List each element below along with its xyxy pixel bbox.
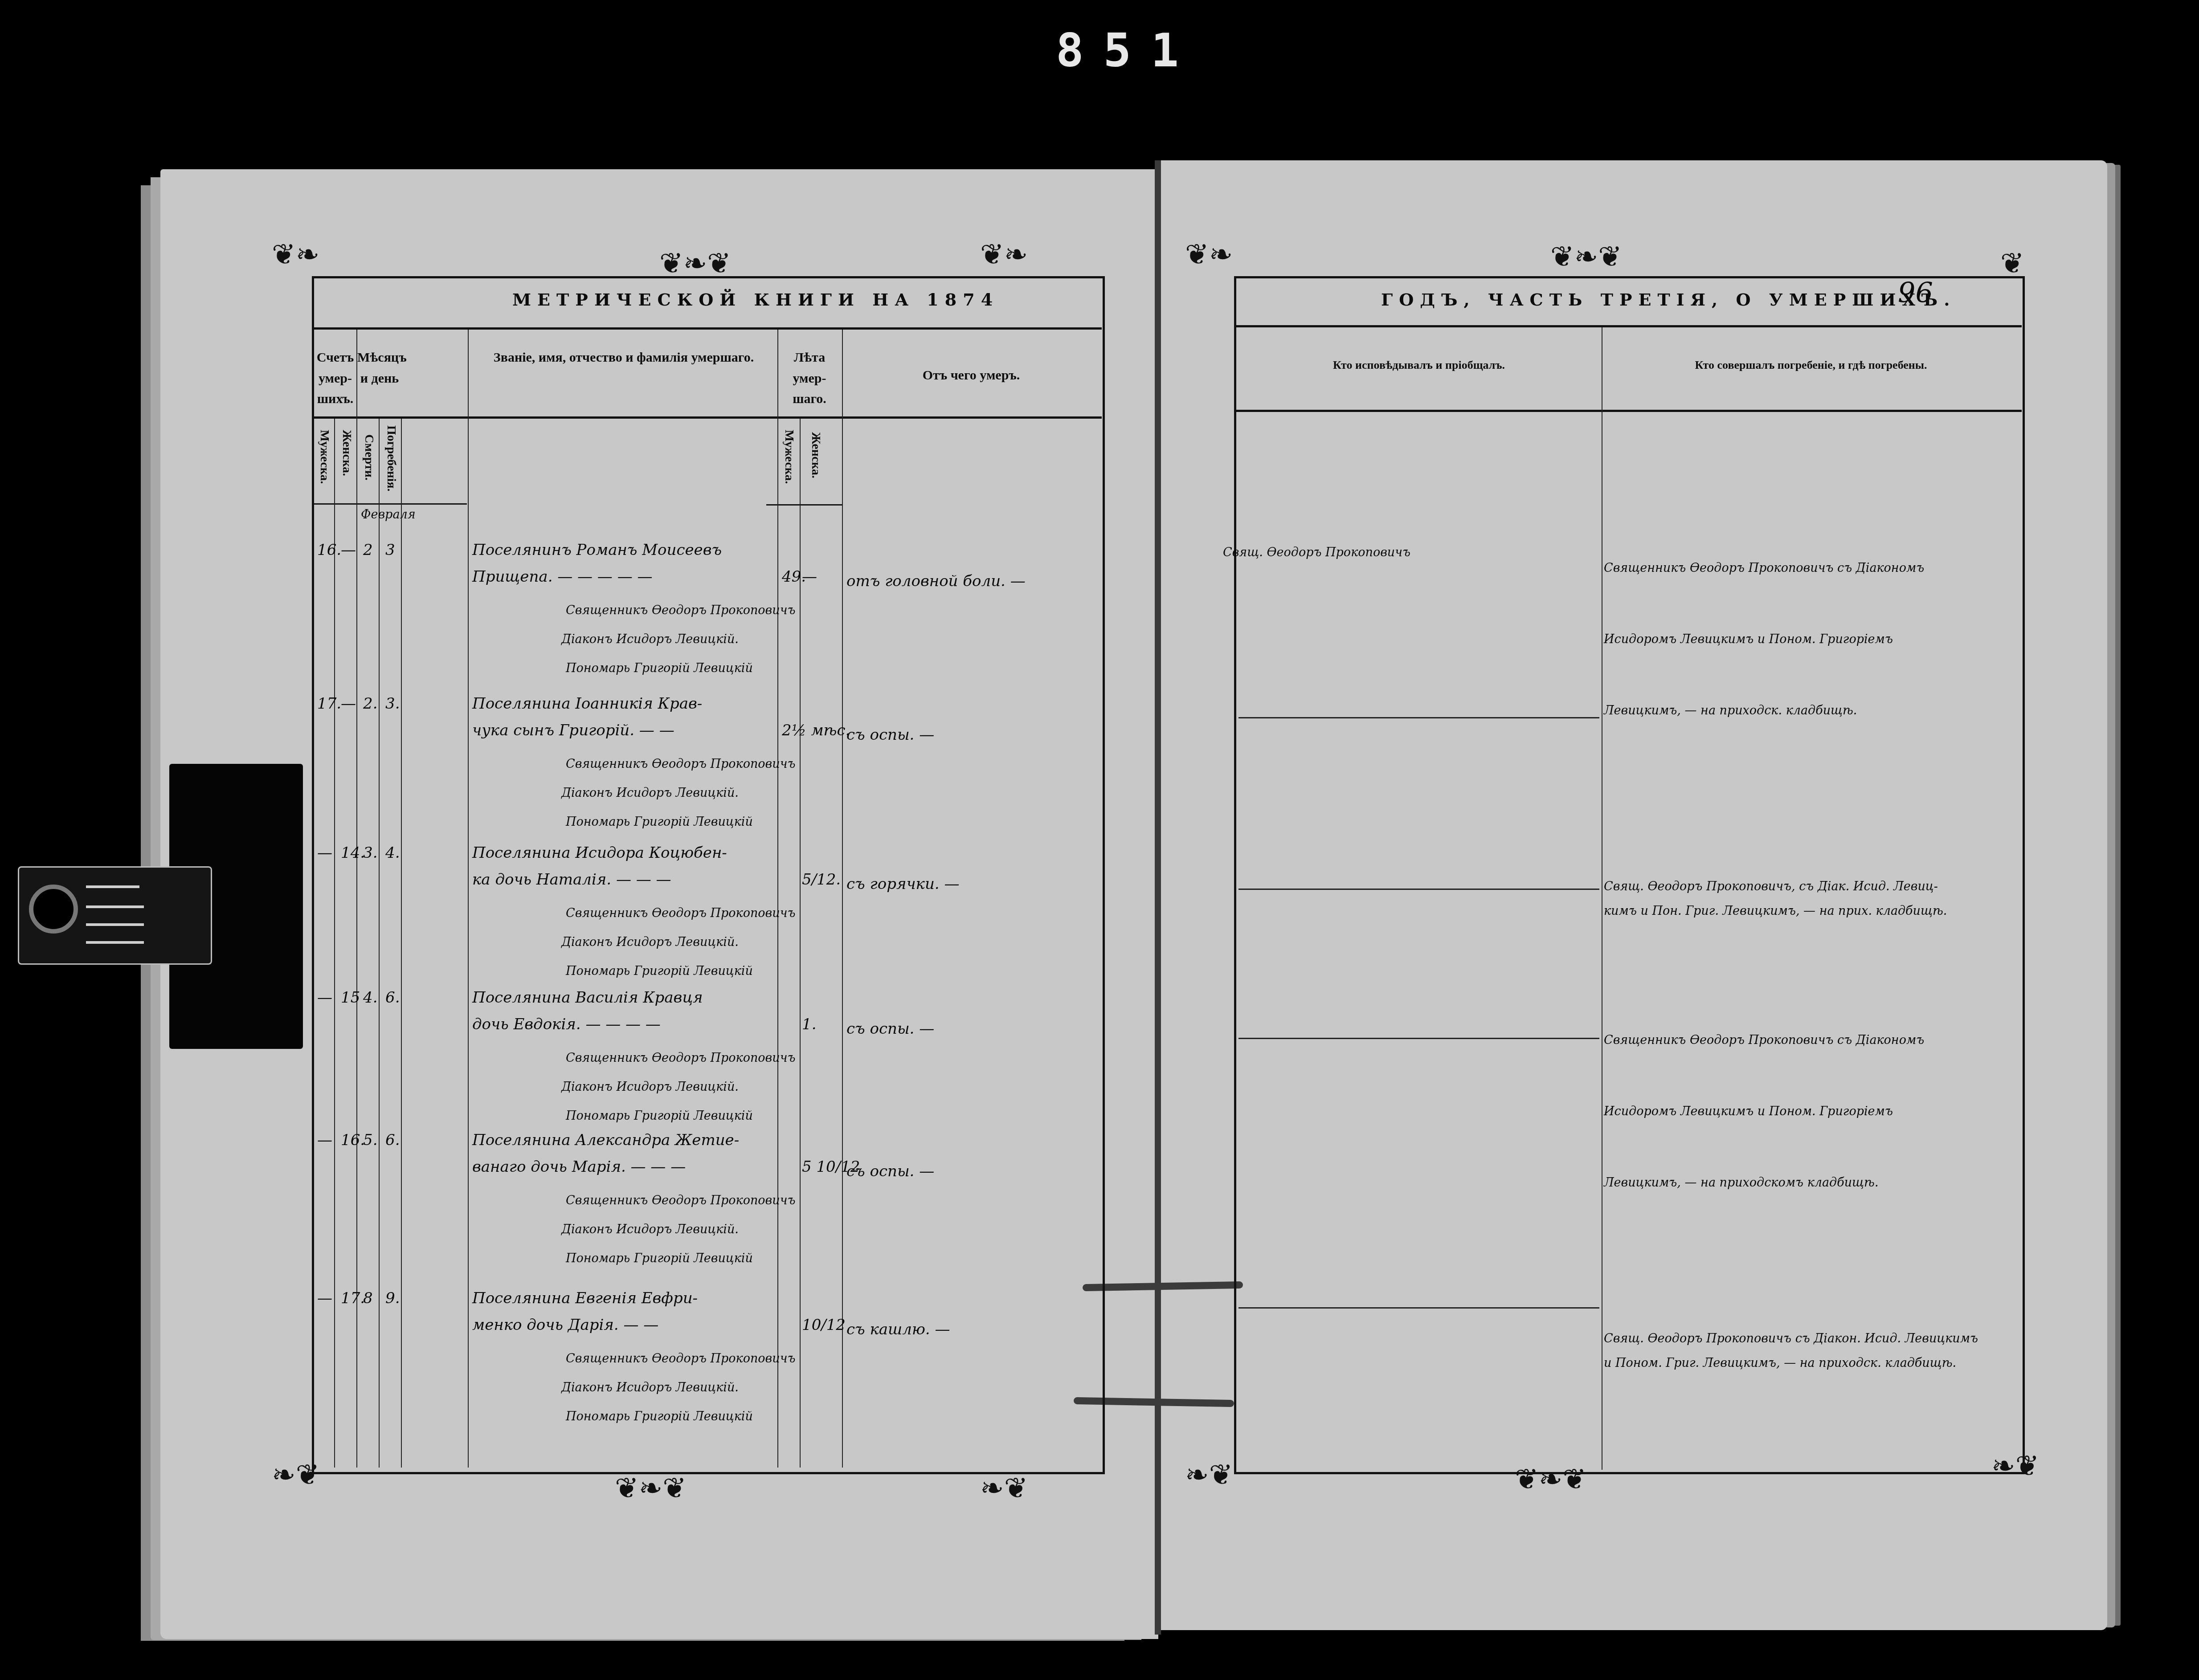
- header-confessor: Кто исповѣдывалъ и пріобщалъ.: [1243, 356, 1595, 374]
- entry-cause: съ кашлю. —: [846, 1321, 950, 1338]
- clip-rib: [86, 941, 144, 944]
- burial-line-3: Левицкимъ, — на приходскомъ кладбищѣ.: [1604, 1176, 1879, 1190]
- entry-name-line2: дочь Евдокія. — — — —: [472, 1015, 661, 1033]
- entry-priest: Священникъ Өеодоръ Прокоповичъ: [566, 1352, 796, 1366]
- subheader-age-female: Женска.: [809, 432, 823, 478]
- header-cause: Отъ чего умеръ.: [846, 365, 1096, 386]
- burial-line-1: Священникъ Өеодоръ Прокоповичъ съ Діакон…: [1604, 1033, 1924, 1047]
- entry-deacon: Діаконъ Исидоръ Левицкій.: [561, 935, 739, 949]
- entry-separator: [1238, 1307, 1599, 1309]
- entry-death-day: 5.: [363, 1131, 377, 1149]
- entry-sexton: Пономарь Григорій Левицкій: [566, 815, 753, 829]
- entry-priest: Священникъ Өеодоръ Прокоповичъ: [566, 906, 796, 920]
- entry-deacon: Діаконъ Исидоръ Левицкій.: [561, 1381, 739, 1395]
- ornament-left-top-left: ❦❧: [272, 241, 319, 269]
- page-number: 96: [1898, 276, 1933, 309]
- entry-burial-day: 9.: [385, 1289, 400, 1307]
- entry-cause: съ горячки. —: [846, 875, 959, 893]
- col-divider: [1602, 327, 1602, 1470]
- book-spine: [1155, 160, 1161, 1635]
- right-page-title: ГОДЪ, ЧАСТЬ ТРЕТІЯ, О УМЕРШИХЪ.: [1381, 290, 1956, 310]
- entry-burial-day: 6.: [385, 1131, 400, 1149]
- entry-name-line2: Прищепа. — — — — —: [472, 568, 652, 586]
- header-burial-by: Кто совершалъ погребеніе, и гдѣ погребен…: [1604, 356, 2018, 374]
- ornament-left-bottom-left: ❧❦: [272, 1461, 319, 1489]
- col-divider: [468, 330, 469, 1468]
- entry-name-line2: чука сынъ Григорій. — —: [472, 722, 674, 739]
- entry-name-line1: Поселянина Василія Кравця: [472, 989, 703, 1007]
- header-count: Счетъ умер- шихъ.: [314, 347, 356, 410]
- entry-age-female: —: [802, 568, 817, 586]
- entry-count-male: —: [317, 989, 332, 1007]
- subheader-rule: [1235, 410, 2022, 412]
- entry-sexton: Пономарь Григорій Левицкій: [566, 1410, 753, 1423]
- col-divider: [842, 330, 843, 1468]
- entry-death-day: 8: [363, 1289, 373, 1307]
- entry-deacon: Діаконъ Исидоръ Левицкій.: [561, 786, 739, 800]
- ornament-left-bottom-right: ❧❦: [980, 1474, 1028, 1503]
- subheader-death: Смерти.: [362, 434, 376, 481]
- ornament-right-bottom-center: ❦❧❦: [1515, 1465, 1586, 1494]
- clip-rib: [86, 885, 139, 888]
- entry-cause: съ оспы. —: [846, 726, 934, 744]
- subheader-count-female: Женска.: [339, 430, 354, 476]
- entry-count-male: 16.: [317, 541, 341, 559]
- burial-line-3: Левицкимъ, — на приходск. кладбищѣ.: [1604, 704, 1857, 718]
- entry-sexton: Пономарь Григорій Левицкій: [566, 1109, 753, 1123]
- ornament-left-top-right: ❦❧: [980, 241, 1028, 269]
- burial-line-2: кимъ и Пон. Григ. Левицкимъ, — на прих. …: [1604, 904, 1947, 918]
- clip-hole-icon: [29, 885, 78, 934]
- entry-death-day: 4.: [363, 989, 377, 1007]
- entry-count-female: 14.: [341, 844, 365, 862]
- entry-burial-day: 3: [385, 541, 395, 559]
- subheader-burial: Погребенія.: [384, 425, 398, 492]
- entry-sexton: Пономарь Григорій Левицкій: [566, 661, 753, 675]
- entry-count-male: —: [317, 1289, 332, 1307]
- ornament-right-top-right: ❦: [2000, 249, 2024, 278]
- subheader-age-male: Мужеска.: [782, 430, 796, 484]
- col-divider: [777, 330, 778, 1468]
- entry-name-line1: Поселянина Исидора Коцюбен-: [472, 844, 727, 862]
- ornament-left-top-center: ❦❧❦: [659, 249, 731, 278]
- col-divider: [401, 419, 402, 1468]
- burial-line-1: Священникъ Өеодоръ Прокоповичъ съ Діакон…: [1604, 561, 1924, 575]
- entry-count-female: 16.: [341, 1131, 365, 1149]
- page-clip-arm: [18, 866, 212, 965]
- left-table-frame: [312, 276, 1105, 1474]
- entry-age-female: 10/12: [802, 1316, 846, 1334]
- entry-name-line2: ванаго дочь Марія. — — —: [472, 1158, 686, 1176]
- entry-count-female: —: [341, 541, 356, 559]
- burial-line-1: Свящ. Өеодоръ Прокоповичъ, съ Діак. Исид…: [1604, 880, 1938, 893]
- ornament-right-top-center: ❦❧❦: [1550, 243, 1622, 271]
- ornament-right-bottom-left: ❧❦: [1185, 1461, 1233, 1489]
- entry-death-day: 2.: [363, 695, 377, 713]
- confessor-note: Свящ. Өеодоръ Прокоповичъ: [1223, 546, 1410, 559]
- burial-line-2: Исидоромъ Левицкимъ и Поном. Григоріемъ: [1604, 632, 1893, 646]
- entry-age-male: 2½ мѣс.: [782, 722, 850, 739]
- burial-line-2: и Поном. Григ. Левицкимъ, — на приходск.…: [1604, 1356, 1956, 1370]
- subheader-rule: [313, 416, 1102, 419]
- entry-priest: Священникъ Өеодоръ Прокоповичъ: [566, 757, 796, 771]
- entry-name-line2: менко дочь Дарія. — —: [472, 1316, 658, 1334]
- subcol-rule: [313, 503, 467, 505]
- entry-separator: [1238, 889, 1599, 890]
- entry-name-line1: Поселянинъ Романъ Моисеевъ: [472, 541, 722, 559]
- entry-count-female: 17.: [341, 1289, 365, 1307]
- entry-count-female: 15: [341, 989, 360, 1007]
- entry-burial-day: 4.: [385, 844, 400, 862]
- frame-counter: 851: [1056, 23, 1198, 77]
- entry-cause: отъ головной боли. —: [846, 572, 1026, 590]
- entry-age-female: 1.: [802, 1015, 816, 1033]
- right-table-frame: [1234, 276, 2025, 1474]
- entry-cause: съ оспы. —: [846, 1020, 934, 1038]
- ornament-right-bottom-right: ❧❦: [1991, 1452, 2039, 1480]
- header-rule: [1235, 325, 2022, 327]
- entry-name-line1: Поселянина Александра Жетие-: [472, 1131, 739, 1149]
- entry-deacon: Діаконъ Исидоръ Левицкій.: [561, 1223, 739, 1236]
- entry-death-day: 2: [363, 541, 373, 559]
- entry-cause: съ оспы. —: [846, 1162, 934, 1180]
- entry-age-female: 5/12.: [802, 871, 841, 889]
- entry-sexton: Пономарь Григорій Левицкій: [566, 1252, 753, 1265]
- ornament-left-bottom-center: ❦❧❦: [615, 1474, 687, 1503]
- entry-separator: [1238, 717, 1599, 718]
- clip-rib: [86, 923, 144, 926]
- month-note: Февраля: [361, 508, 416, 522]
- entry-priest: Священникъ Өеодоръ Прокоповичъ: [566, 1194, 796, 1207]
- entry-count-male: —: [317, 1131, 332, 1149]
- entry-name-line1: Поселянина Іоанникія Крав-: [472, 695, 702, 713]
- entry-priest: Священникъ Өеодоръ Прокоповичъ: [566, 603, 796, 617]
- left-page-title: МЕТРИЧЕСКОЙ КНИГИ НА 1874: [512, 290, 999, 310]
- ornament-right-top-left: ❦❧: [1185, 241, 1233, 269]
- entry-priest: Священникъ Өеодоръ Прокоповичъ: [566, 1051, 796, 1065]
- entry-deacon: Діаконъ Исидоръ Левицкій.: [561, 632, 739, 646]
- entry-name-line1: Поселянина Евгенія Евфри-: [472, 1289, 698, 1307]
- entry-deacon: Діаконъ Исидоръ Левицкій.: [561, 1080, 739, 1094]
- entry-death-day: 3.: [363, 844, 377, 862]
- entry-burial-day: 6.: [385, 989, 400, 1007]
- subheader-count-male: Мужеска.: [317, 430, 331, 484]
- entry-name-line2: ка дочь Наталія. — — —: [472, 871, 671, 889]
- header-rule: [313, 327, 1102, 330]
- entry-burial-day: 3.: [385, 695, 400, 713]
- entry-separator: [1238, 1038, 1599, 1039]
- entry-sexton: Пономарь Григорій Левицкій: [566, 964, 753, 978]
- entry-count-male: —: [317, 844, 332, 862]
- burial-line-2: Исидоромъ Левицкимъ и Поном. Григоріемъ: [1604, 1105, 1893, 1118]
- header-month-day: Мѣсяцъ и день: [357, 347, 402, 389]
- clip-rib: [86, 905, 144, 908]
- header-name: Званіе, имя, отчество и фамилія умершаго…: [472, 347, 775, 368]
- entry-count-female: —: [341, 695, 356, 713]
- col-divider: [334, 419, 335, 1468]
- entry-count-male: 17.: [317, 695, 341, 713]
- burial-line-1: Свящ. Өеодоръ Прокоповичъ съ Діакон. Иси…: [1604, 1332, 1978, 1346]
- col-divider: [379, 419, 380, 1468]
- header-age: Лѣта умер- шаго.: [778, 347, 841, 410]
